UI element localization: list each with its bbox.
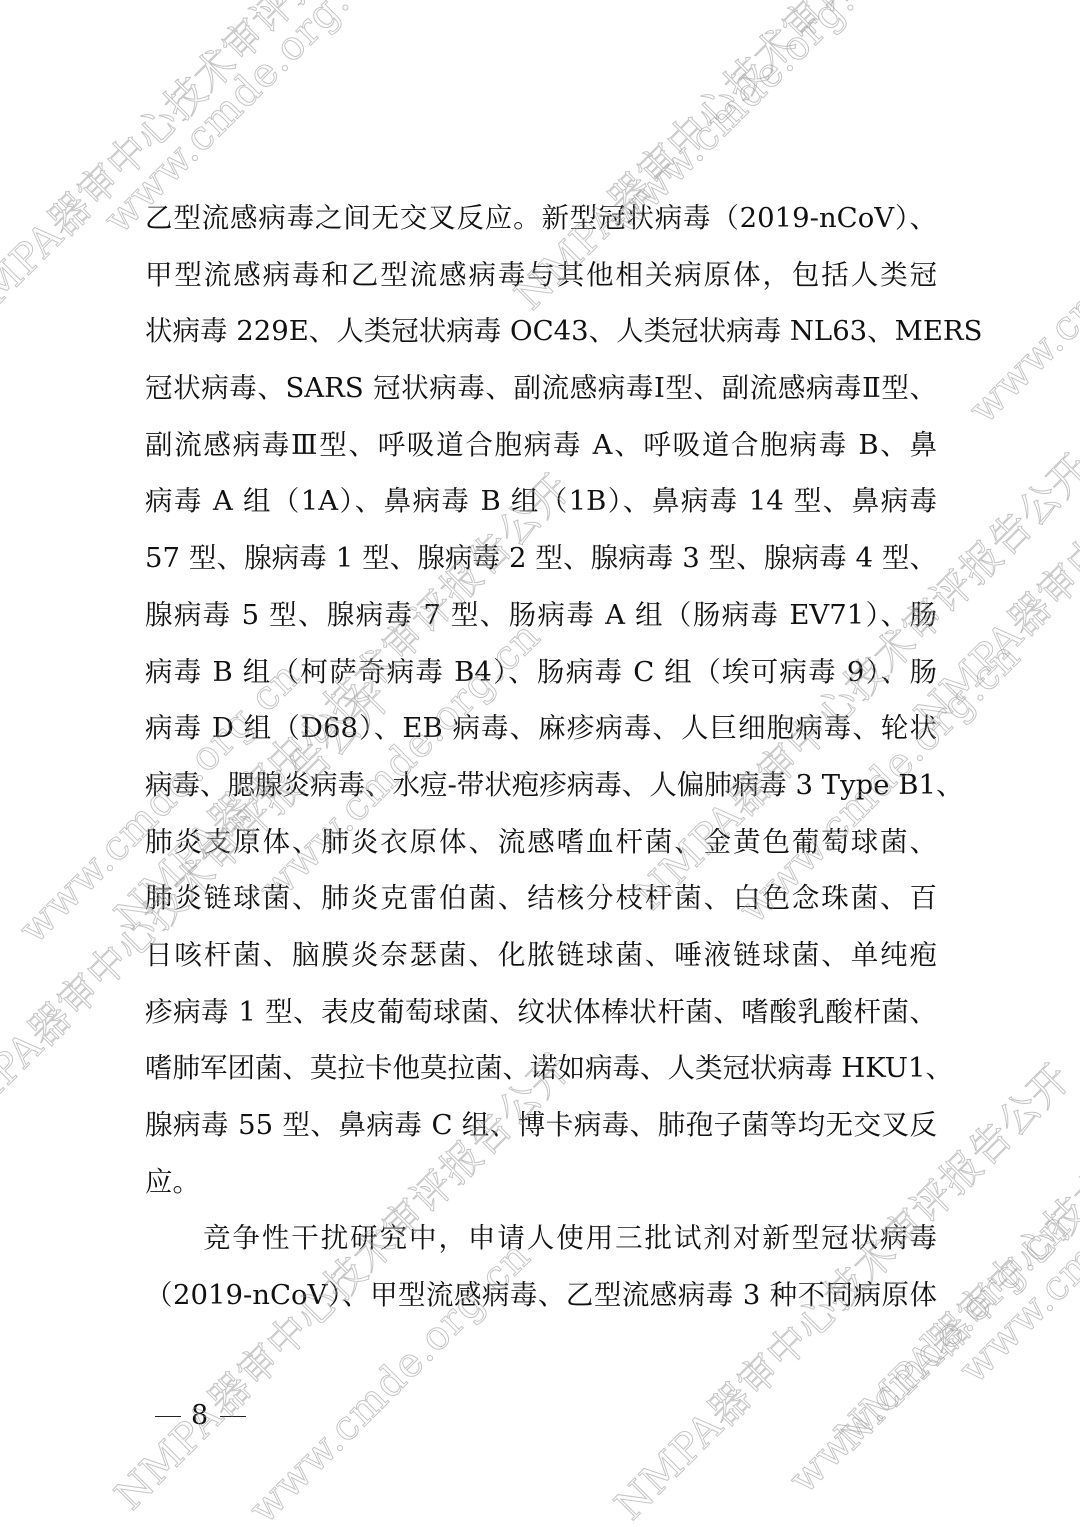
text-line: 肺炎链球菌、肺炎克雷伯菌、结核分枝杆菌、白色念珠菌、百 xyxy=(145,876,937,933)
text-line: 竞争性干扰研究中，申请人使用三批试剂对新型冠状病毒 xyxy=(145,1216,937,1273)
text-line: 57 型、腺病毒 1 型、腺病毒 2 型、腺病毒 3 型、腺病毒 4 型、 xyxy=(145,536,937,593)
text-line: 病毒 B 组（柯萨奇病毒 B4）、肠病毒 C 组（埃可病毒 9）、肠 xyxy=(145,650,937,707)
watermark-url: www.cmde.org.cn xyxy=(960,133,1080,433)
dash-right xyxy=(220,1416,246,1417)
text-line: 应。 xyxy=(145,1160,937,1217)
text-line: 腺病毒 5 型、腺病毒 7 型、肠病毒 A 组（肠病毒 EV71）、肠 xyxy=(145,593,937,650)
text-line: 病毒 D 组（D68）、EB 病毒、麻疹病毒、人巨细胞病毒、轮状 xyxy=(145,706,937,763)
text-line: 病毒、腮腺炎病毒、水痘-带状疱疹病毒、人偏肺病毒 3 Type B1、 xyxy=(145,763,937,820)
text-line: （2019-nCoV）、甲型流感病毒、乙型流感病毒 3 种不同病原体 xyxy=(145,1273,937,1330)
document-body: 乙型流感病毒之间无交叉反应。新型冠状病毒（2019-nCoV）、 甲型流感病毒和… xyxy=(145,196,937,1330)
paragraph-cross-reactivity: 乙型流感病毒之间无交叉反应。新型冠状病毒（2019-nCoV）、 甲型流感病毒和… xyxy=(145,196,937,1216)
text-line: 病毒 A 组（1A）、鼻病毒 B 组（1B）、鼻病毒 14 型、鼻病毒 xyxy=(145,479,937,536)
text-line: 副流感病毒Ⅲ型、呼吸道合胞病毒 A、呼吸道合胞病毒 B、鼻 xyxy=(145,423,937,480)
page-number: 8 xyxy=(145,1400,256,1431)
text-line: 冠状病毒、SARS 冠状病毒、副流感病毒Ⅰ型、副流感病毒Ⅱ型、 xyxy=(145,366,937,423)
text-line: 肺炎支原体、肺炎衣原体、流感嗜血杆菌、金黄色葡萄球菌、 xyxy=(145,820,937,877)
text-line: 嗜肺军团菌、莫拉卡他莫拉菌、诺如病毒、人类冠状病毒 HKU1、 xyxy=(145,1046,937,1103)
dash-left xyxy=(155,1416,181,1417)
text-line: 甲型流感病毒和乙型流感病毒与其他相关病原体，包括人类冠 xyxy=(145,253,937,310)
text-line: 状病毒 229E、人类冠状病毒 OC43、人类冠状病毒 NL63、MERS xyxy=(145,309,937,366)
text-line: 疹病毒 1 型、表皮葡萄球菌、纹状体棒状杆菌、嗜酸乳酸杆菌、 xyxy=(145,990,937,1047)
text-line: 乙型流感病毒之间无交叉反应。新型冠状病毒（2019-nCoV）、 xyxy=(145,196,937,253)
paragraph-competitive-interference: 竞争性干扰研究中，申请人使用三批试剂对新型冠状病毒 （2019-nCoV）、甲型… xyxy=(145,1216,937,1329)
text-line: 腺病毒 55 型、鼻病毒 C 组、博卡病毒、肺孢子菌等均无交叉反 xyxy=(145,1103,937,1160)
watermark-url: www.cmde.org.cn xyxy=(950,1093,1080,1393)
text-line: 日咳杆菌、脑膜炎奈瑟菌、化脓链球菌、唾液链球菌、单纯疱 xyxy=(145,933,937,990)
page-number-value: 8 xyxy=(191,1400,210,1431)
